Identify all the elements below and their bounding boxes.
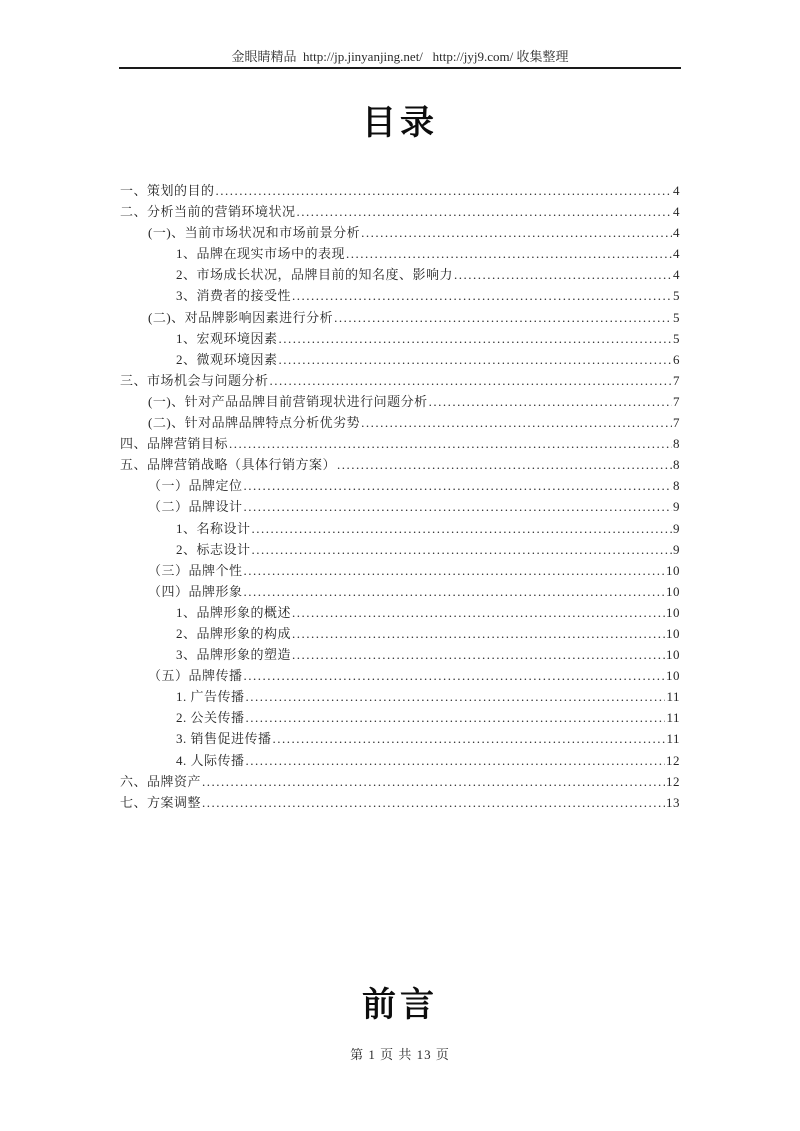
toc-item-label: 3、消费者的接受性	[176, 285, 291, 306]
toc-item-label: (二)、对品牌影响因素进行分析	[148, 307, 333, 328]
page-footer: 第 1 页 共 13 页	[0, 1044, 800, 1063]
toc-item[interactable]: 1、品牌在现实市场中的表现4	[120, 243, 680, 264]
toc-page-number: 5	[673, 285, 680, 306]
toc-item[interactable]: 七、方案调整13	[120, 792, 680, 813]
toc-item-label: 七、方案调整	[120, 792, 201, 813]
toc-item-label: 2、市场成长状况，品牌目前的知名度、影响力	[176, 264, 453, 285]
toc-page-number: 11	[666, 728, 680, 749]
toc-leader-dots	[216, 180, 672, 201]
toc-page-number: 6	[673, 349, 680, 370]
toc-leader-dots	[292, 602, 665, 623]
toc-item-label: (一)、针对产品品牌目前营销现状进行问题分析	[148, 391, 428, 412]
toc-leader-dots	[246, 707, 666, 728]
toc-leader-dots	[202, 771, 665, 792]
toc-item-label: 2. 公关传播	[176, 707, 245, 728]
toc-leader-dots	[244, 496, 672, 517]
toc-leader-dots	[346, 243, 672, 264]
toc-page-number: 8	[673, 454, 680, 475]
toc-leader-dots	[270, 370, 672, 391]
toc-page-number: 9	[673, 518, 680, 539]
toc-leader-dots	[273, 728, 666, 749]
toc-item-label: 1、宏观环境因素	[176, 328, 278, 349]
toc-page-number: 12	[666, 750, 680, 771]
toc-leader-dots	[334, 307, 672, 328]
toc-item-label: 一、策划的目的	[120, 180, 215, 201]
toc-item[interactable]: 1、名称设计9	[120, 518, 680, 539]
toc-item[interactable]: 1、品牌形象的概述10	[120, 602, 680, 623]
toc-page-number: 4	[673, 201, 680, 222]
toc-page-number: 4	[673, 243, 680, 264]
toc-leader-dots	[229, 433, 672, 454]
toc-item[interactable]: (二)、对品牌影响因素进行分析5	[120, 307, 680, 328]
toc-leader-dots	[244, 665, 665, 686]
toc-item[interactable]: （一）品牌定位8	[120, 475, 680, 496]
toc-item-label: 三、市场机会与问题分析	[120, 370, 269, 391]
toc-page-number: 10	[666, 623, 680, 644]
toc-item-label: 3、品牌形象的塑造	[176, 644, 291, 665]
toc-leader-dots	[361, 412, 672, 433]
preface-heading: 前言	[0, 977, 800, 1026]
toc-leader-dots	[252, 518, 672, 539]
toc-item-label: 3. 销售促进传播	[176, 728, 272, 749]
toc-page-number: 8	[673, 433, 680, 454]
toc-item[interactable]: （二）品牌设计9	[120, 496, 680, 517]
toc-leader-dots	[246, 750, 665, 771]
toc-item-label: 五、品牌营销战略（具体行销方案）	[120, 454, 336, 475]
toc-leader-dots	[292, 644, 665, 665]
toc-item[interactable]: 三、市场机会与问题分析7	[120, 370, 680, 391]
toc-item[interactable]: 一、策划的目的4	[120, 180, 680, 201]
toc-item[interactable]: (一)、当前市场状况和市场前景分析4	[120, 222, 680, 243]
toc-item[interactable]: 3、品牌形象的塑造10	[120, 644, 680, 665]
toc-leader-dots	[361, 222, 672, 243]
toc-page-number: 7	[673, 370, 680, 391]
toc-item[interactable]: 2、标志设计9	[120, 539, 680, 560]
toc-page-number: 9	[673, 496, 680, 517]
document-page: 金眼睛精品 http://jp.jinyanjing.net/ http://j…	[0, 0, 800, 1131]
toc-item[interactable]: 1、宏观环境因素5	[120, 328, 680, 349]
toc-leader-dots	[292, 623, 665, 644]
toc-leader-dots	[244, 475, 672, 496]
toc-page-number: 9	[673, 539, 680, 560]
toc-leader-dots	[454, 264, 672, 285]
toc-leader-dots	[244, 581, 665, 602]
toc-item-label: 1、名称设计	[176, 518, 251, 539]
toc-page-number: 5	[673, 307, 680, 328]
header-text: 金眼睛精品 http://jp.jinyanjing.net/ http://j…	[0, 46, 800, 65]
toc-page-number: 4	[673, 264, 680, 285]
toc-item-label: （二）品牌设计	[148, 496, 243, 517]
toc-item-label: 1、品牌形象的概述	[176, 602, 291, 623]
toc-leader-dots	[246, 686, 666, 707]
toc-item-label: 二、分析当前的营销环境状况	[120, 201, 296, 222]
toc-item-label: （一）品牌定位	[148, 475, 243, 496]
toc-leader-dots	[337, 454, 672, 475]
toc-item[interactable]: 2、市场成长状况，品牌目前的知名度、影响力4	[120, 264, 680, 285]
toc-item-label: 2、标志设计	[176, 539, 251, 560]
toc-item[interactable]: 四、品牌营销目标8	[120, 433, 680, 454]
toc-item[interactable]: 2、品牌形象的构成10	[120, 623, 680, 644]
toc-page-number: 10	[666, 644, 680, 665]
toc-page-number: 10	[666, 602, 680, 623]
toc-item-label: (一)、当前市场状况和市场前景分析	[148, 222, 360, 243]
toc-page-number: 4	[673, 222, 680, 243]
toc-item-label: 2、微观环境因素	[176, 349, 278, 370]
toc-item-label: （四）品牌形象	[148, 581, 243, 602]
toc-item[interactable]: （四）品牌形象10	[120, 581, 680, 602]
toc-page-number: 12	[666, 771, 680, 792]
toc-item[interactable]: （五）品牌传播10	[120, 665, 680, 686]
toc-item-label: 六、品牌资产	[120, 771, 201, 792]
toc-leader-dots	[279, 328, 672, 349]
toc-item-label: 四、品牌营销目标	[120, 433, 228, 454]
toc-item-label: 4. 人际传播	[176, 750, 245, 771]
toc-leader-dots	[252, 539, 672, 560]
toc-item[interactable]: 4. 人际传播12	[120, 750, 680, 771]
toc-list: 一、策划的目的4二、分析当前的营销环境状况4(一)、当前市场状况和市场前景分析4…	[120, 180, 680, 813]
toc-item[interactable]: 3、消费者的接受性5	[120, 285, 680, 306]
toc-item[interactable]: (二)、针对品牌品牌特点分析优劣势7	[120, 412, 680, 433]
toc-leader-dots	[279, 349, 672, 370]
toc-page-number: 10	[666, 665, 680, 686]
toc-item-label: （三）品牌个性	[148, 560, 243, 581]
toc-item-label: 2、品牌形象的构成	[176, 623, 291, 644]
toc-item-label: 1. 广告传播	[176, 686, 245, 707]
toc-page-number: 11	[666, 707, 680, 728]
toc-page-number: 7	[673, 391, 680, 412]
toc-leader-dots	[429, 391, 672, 412]
toc-item[interactable]: 二、分析当前的营销环境状况4	[120, 201, 680, 222]
toc-leader-dots	[292, 285, 672, 306]
toc-leader-dots	[297, 201, 672, 222]
toc-item[interactable]: (一)、针对产品品牌目前营销现状进行问题分析7	[120, 391, 680, 412]
toc-page-number: 10	[666, 581, 680, 602]
toc-page-number: 11	[666, 686, 680, 707]
toc-item[interactable]: 3. 销售促进传播11	[120, 728, 680, 749]
toc-page-number: 10	[666, 560, 680, 581]
toc-leader-dots	[202, 792, 665, 813]
toc-item-label: 1、品牌在现实市场中的表现	[176, 243, 345, 264]
toc-page-number: 7	[673, 412, 680, 433]
toc-page-number: 8	[673, 475, 680, 496]
toc-item-label: (二)、针对品牌品牌特点分析优劣势	[148, 412, 360, 433]
toc-page-number: 13	[666, 792, 680, 813]
toc-leader-dots	[244, 560, 665, 581]
toc-title: 目录	[0, 95, 800, 144]
toc-item[interactable]: 2、微观环境因素6	[120, 349, 680, 370]
toc-item-label: （五）品牌传播	[148, 665, 243, 686]
toc-item[interactable]: （三）品牌个性10	[120, 560, 680, 581]
toc-item[interactable]: 六、品牌资产12	[120, 771, 680, 792]
toc-item[interactable]: 1. 广告传播11	[120, 686, 680, 707]
toc-item[interactable]: 五、品牌营销战略（具体行销方案）8	[120, 454, 680, 475]
header-divider	[119, 67, 681, 69]
toc-page-number: 5	[673, 328, 680, 349]
toc-page-number: 4	[673, 180, 680, 201]
toc-item[interactable]: 2. 公关传播11	[120, 707, 680, 728]
